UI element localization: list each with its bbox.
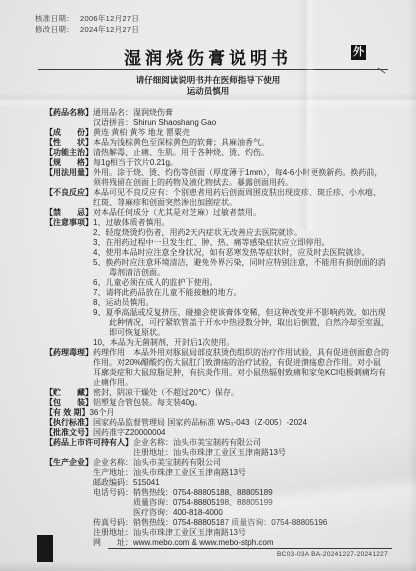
section-label: 【生产企业】 (45, 458, 93, 468)
section-standard: 【执行标准】国家药品监督管理局 国家药品标准 WS₃-043（Z-005）-20… (45, 418, 404, 428)
leaflet-version-code: BC03-03A BA-20241227-20241227 (277, 551, 388, 558)
section-label: 【药理毒理】 (45, 348, 93, 358)
section-label: 【功能主治】 (45, 148, 93, 158)
section-shelf-life: 【有 效 期】36个月 (45, 408, 404, 418)
section-manufacturer: 【生产企业】企业名称：汕头市美宝制药有限公司 生产地址：汕头市珠津工业区玉津南路… (45, 458, 404, 548)
section-label: 【药品名称】 (45, 108, 93, 118)
section-label: 【批准文号】 (45, 428, 93, 438)
footer-rule (108, 548, 392, 549)
section-adverse-reactions: 【不良反应】本品可见不良反应有：个别患者用药后创面周围皮肤出现皮疹、斑丘疹、小水… (45, 188, 404, 208)
revision-date-value: 2024年12月27日 (80, 25, 139, 34)
insert-body: 【药品名称】通用品名：湿润烧伤膏 汉语拼音：Shirun Shaoshang G… (45, 108, 404, 548)
approval-date-value: 2006年12月27日 (80, 14, 139, 23)
print-registration-mark (37, 535, 53, 562)
section-label: 【成 份】 (45, 128, 93, 138)
section-content: 密封，阴凉干燥处（不超过20℃）保存。 (93, 388, 404, 398)
section-label: 【性 状】 (45, 138, 93, 148)
section-pharmacology: 【药理毒理】药理作用 本品外用对豚鼠局部皮肤烫伤组织的治疗作用试验，具有促进创面… (45, 348, 404, 388)
paper-edge-shadow (0, 561, 416, 571)
section-label: 【不良反应】 (45, 188, 93, 198)
section-strength: 【规 格】每1g相当于饮片0.21g。 (45, 158, 404, 168)
section-content: 本品可见不良反应有：个别患者用药后创面周围皮肤出现皮疹、斑丘疹、小水疱、 红斑、… (93, 188, 404, 208)
section-content: 1、过敏体质者慎用。 2、轻度烧烫灼伤者，用药2天内症状无改善应去医院就诊。 3… (93, 218, 404, 348)
section-content: 黄连 黄柏 黄芩 地龙 罂粟壳 (93, 128, 404, 138)
section-indications: 【功能主治】清热解毒、止痛、生肌。用于各种烧、烫、灼伤。 (45, 148, 404, 158)
section-dosage: 【用法用量】外用。涂于烧、烫、灼伤等创面（厚度薄于1mm），每4-6小时更换新药… (45, 168, 404, 188)
section-content: 企业名称：汕头市美宝制药有限公司 生产地址：汕头市珠津工业区玉津南路13号 邮政… (93, 458, 404, 548)
section-license-holder: 【药品上市许可持有人】企业名称：汕头市美宝制药有限公司 注册地址：汕头市珠津工业… (45, 438, 404, 458)
date-block: 核准日期：2006年12月27日 修改日期：2024年12月27日 (35, 13, 139, 35)
revision-date-label: 修改日期： (35, 25, 74, 34)
package-insert-page: 核准日期：2006年12月27日 修改日期：2024年12月27日 湿润烧伤膏说… (0, 0, 416, 571)
section-label: 【注意事项】 (45, 218, 93, 228)
section-content: 国药准字Z20000004 (93, 428, 404, 438)
section-label: 【禁 忌】 (45, 208, 93, 218)
section-label: 【贮 藏】 (45, 388, 93, 398)
external-use-badge: 外 (351, 45, 366, 60)
title-underline (38, 69, 388, 70)
section-content: 国家药品监督管理局 国家药品标准 WS₃-043（Z-005）-2024 (93, 418, 404, 428)
section-precautions: 【注意事项】1、过敏体质者慎用。 2、轻度烧烫灼伤者，用药2天内症状无改善应去医… (45, 218, 404, 348)
section-content: 企业名称：汕头市美宝制药有限公司 注册地址：汕头市珠津工业区玉津南路13号 (133, 438, 404, 458)
section-content: 药理作用 本品外用对豚鼠局部皮肤烫伤组织的治疗作用试验，具有促进创面愈合的 作用… (93, 348, 404, 388)
approval-date: 核准日期：2006年12月27日 (35, 13, 139, 24)
section-content: 清热解毒、止痛、生肌。用于各种烧、烫、灼伤。 (93, 148, 404, 158)
section-label: 【规 格】 (45, 158, 93, 168)
section-approval-number: 【批准文号】国药准字Z20000004 (45, 428, 404, 438)
section-content: 通用品名：湿润烧伤膏 汉语拼音：Shirun Shaoshang Gao (93, 108, 404, 128)
revision-date: 修改日期：2024年12月27日 (35, 24, 139, 35)
section-storage: 【贮 藏】密封，阴凉干燥处（不超过20℃）保存。 (45, 388, 404, 398)
section-content: 外用。涂于烧、烫、灼伤等创面（厚度薄于1mm），每4-6小时更换新药。换药前， … (93, 168, 404, 188)
section-drug-name: 【药品名称】通用品名：湿润烧伤膏 汉语拼音：Shirun Shaoshang G… (45, 108, 404, 128)
section-packaging: 【包 装】铝塑复合管包装。每支装40g。 (45, 398, 404, 408)
section-label: 【执行标准】 (45, 418, 93, 428)
section-content: 每1g相当于饮片0.21g。 (93, 158, 404, 168)
section-ingredients: 【成 份】黄连 黄柏 黄芩 地龙 罂粟壳 (45, 128, 404, 138)
section-label: 【有 效 期】 (45, 408, 89, 418)
athlete-caution-notice: 运动员慎用 (0, 85, 416, 97)
section-contraindications: 【禁 忌】对本品任何成分（尤其是对芝麻）过敏者禁用。 (45, 208, 404, 218)
section-content: 36个月 (89, 408, 404, 418)
section-label: 【包 装】 (45, 398, 93, 408)
section-label: 【药品上市许可持有人】 (45, 438, 133, 448)
section-description: 【性 状】本品为浅棕黄色至深棕黄色的软膏；具麻油香气。 (45, 138, 404, 148)
section-content: 对本品任何成分（尤其是对芝麻）过敏者禁用。 (93, 208, 404, 218)
section-content: 本品为浅棕黄色至深棕黄色的软膏；具麻油香气。 (93, 138, 404, 148)
section-content: 铝塑复合管包装。每支装40g。 (93, 398, 404, 408)
approval-date-label: 核准日期： (35, 14, 74, 23)
section-label: 【用法用量】 (45, 168, 93, 178)
